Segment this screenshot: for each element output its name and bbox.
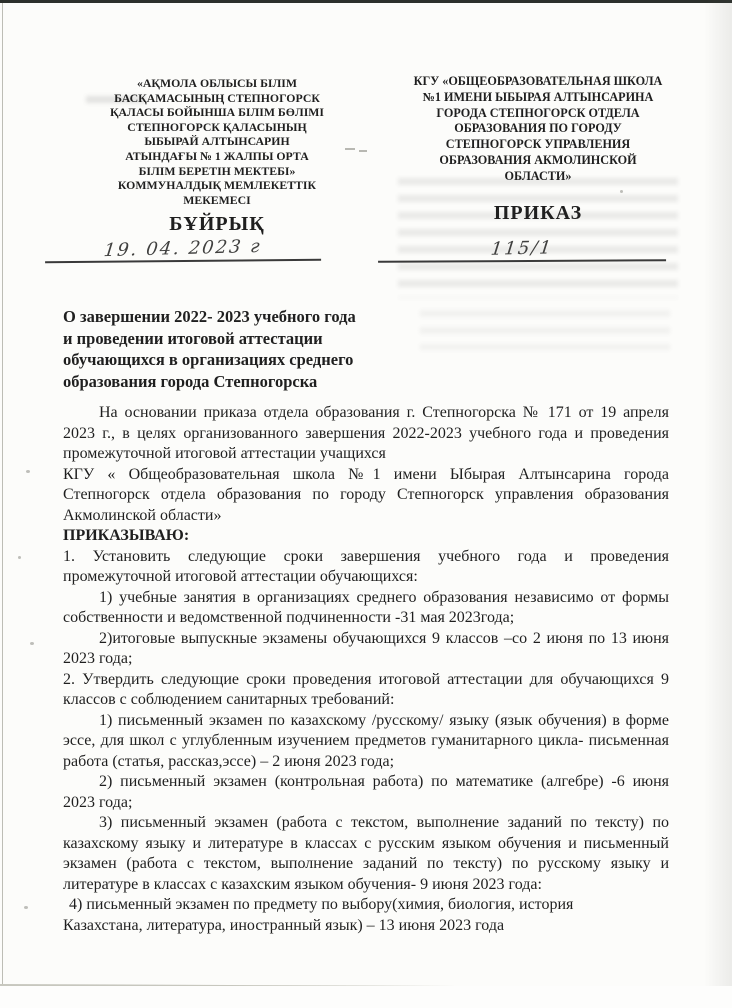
org-name-line: КГУ «ОБЩЕОБРАЗОВАТЕЛЬНАЯ ШКОЛА [392, 74, 684, 90]
org-name-line: ОБРАЗОВАНИЯ ПО ГОРОДУ [392, 121, 684, 137]
org-name-line: АТЫНДАҒЫ № 1 ЖАЛПЫ ОРТА [64, 149, 370, 164]
org-name-line: ҚАЛАСЫ БОЙЫНША БІЛІМ БӨЛІМІ [64, 105, 370, 120]
order-date-field: 19. 04. 2023 г [45, 237, 321, 263]
scan-speck [26, 470, 30, 473]
org-name-line: СТЕПНОГОРСК ҚАЛАСЫНЫҢ [64, 120, 370, 135]
doc-type-kazakh: БҰЙРЫҚ [64, 213, 370, 236]
doc-type-russian: ПРИКАЗ [392, 202, 684, 225]
org-name-line: КОММУНАЛДЫҚ МЕМЛЕКЕТТІК [64, 178, 370, 193]
clause-1-sub-1: 1) учебные занятия в организациях средне… [63, 588, 669, 629]
scan-right-edge-shadow [704, 0, 732, 1008]
clause-2-sub-3: 3) письменный экзамен (работа с текстом,… [63, 813, 669, 895]
subject-line: обучающихся в организациях среднего [63, 349, 423, 371]
scan-speck [18, 556, 21, 559]
order-subject: О завершении 2022- 2023 учебного года и … [63, 306, 423, 392]
order-body: На основании приказа отдела образования … [63, 403, 669, 936]
org-name-line: СТЕПНОГОРСК УПРАВЛЕНИЯ [392, 137, 684, 153]
org-name-line: ОБЛАСТИ» [392, 169, 684, 185]
clause-2-sub-4: 4) письменный экзамен по предмету по выб… [63, 895, 623, 936]
org-name-kazakh: «АҚМОЛА ОБЛЫСЫ БІЛІМ БАСҚАМАСЫНЫҢ СТЕПНО… [64, 76, 370, 207]
subject-line: О завершении 2022- 2023 учебного года [63, 306, 423, 328]
scan-speck [620, 190, 623, 193]
clause-2-sub-1: 1) письменный экзамен по казахскому /рус… [63, 711, 669, 773]
scanned-order-document: «АҚМОЛА ОБЛЫСЫ БІЛІМ БАСҚАМАСЫНЫҢ СТЕПНО… [0, 0, 732, 1008]
order-number-field: 115/1 [378, 237, 666, 263]
bleed-through-text [420, 310, 670, 350]
org-name-line: МЕКЕМЕСІ [64, 193, 370, 208]
clause-2: 2. Утвердить следующие сроки проведения … [63, 670, 669, 711]
org-reference-line: КГУ « Общеобразовательная школа №1 имени… [63, 465, 669, 527]
scan-below-paper [0, 986, 732, 1008]
handwritten-number: 115/1 [490, 237, 554, 259]
intro-paragraph: На основании приказа отдела образования … [63, 403, 669, 465]
org-name-line: БІЛІМ БЕРЕТІН МЕКТЕБІ» [64, 164, 370, 179]
clause-1: 1. Установить следующие сроки завершения… [63, 547, 669, 588]
org-name-line: ГОРОДА СТЕПНОГОРСК ОТДЕЛА [392, 106, 684, 122]
org-name-russian: КГУ «ОБЩЕОБРАЗОВАТЕЛЬНАЯ ШКОЛА №1 ИМЕНИ … [392, 74, 684, 185]
handwritten-date: 19. 04. 2023 г [103, 236, 263, 261]
org-name-line: №1 ИМЕНИ ЫБЫРАЯ АЛТЫНСАРИНА [392, 90, 684, 106]
subject-line: и проведении итоговой аттестации [63, 328, 423, 350]
org-name-line: БАСҚАМАСЫНЫҢ СТЕПНОГОРСК [64, 91, 370, 106]
clause-2-sub-2: 2) письменный экзамен (контрольная работ… [63, 772, 669, 813]
scan-left-edge [2, 3, 3, 985]
subject-line: образования города Степногорска [63, 371, 423, 393]
clause-1-sub-2: 2)итоговые выпускные экзамены обучающихс… [63, 629, 669, 670]
scan-speck [24, 906, 28, 909]
org-name-line: ЫБЫРАЙ АЛТЫНСАРИН [64, 134, 370, 149]
org-name-line: ОБРАЗОВАНИЯ АКМОЛИНСКОЙ [392, 153, 684, 169]
org-name-line: «АҚМОЛА ОБЛЫСЫ БІЛІМ [64, 76, 370, 91]
scan-top-edge [0, 0, 732, 3]
scan-speck [30, 642, 34, 645]
order-verb: ПРИКАЗЫВАЮ: [63, 526, 669, 547]
